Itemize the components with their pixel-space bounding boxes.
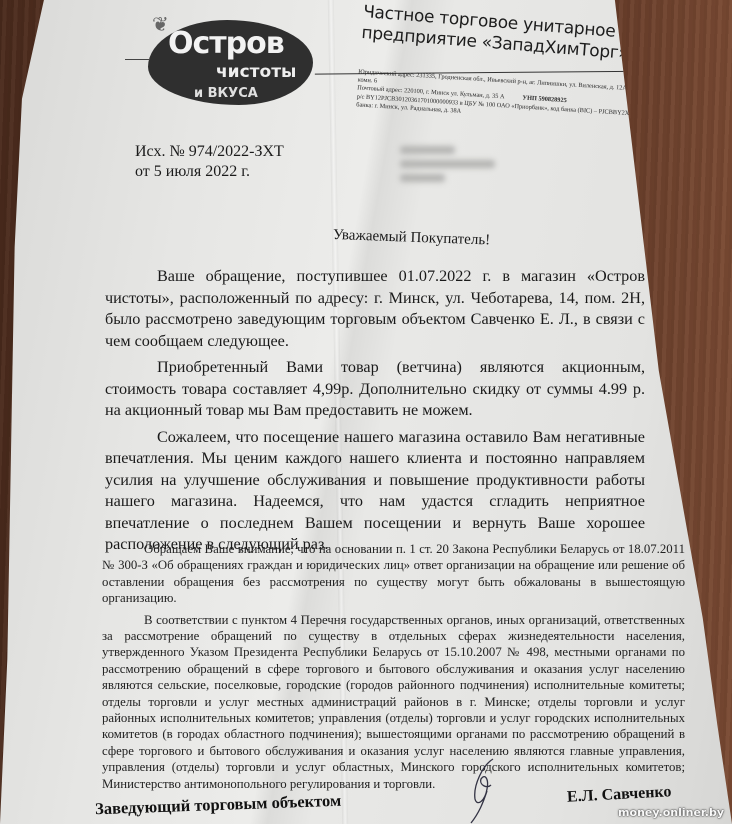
outgoing-number: Исх. № 974/2022-ЗХТ (135, 142, 284, 162)
letter-body: Ваше обращение, поступившее 01.07.2022 г… (105, 266, 645, 561)
letter-paper: ❦ Остров чистоты и ВКУСА Частное торгово… (0, 0, 732, 824)
letter-date: от 5 июля 2022 г. (135, 162, 284, 182)
logo-title: Остров (168, 26, 284, 61)
recipient-address-blurred (400, 140, 500, 190)
source-watermark: money.onliner.by (618, 806, 724, 819)
logo-subtitle-2: и ВКУСА (194, 86, 258, 101)
store-logo: ❦ Остров чистоты и ВКУСА (148, 12, 318, 100)
paragraph-2: Приобретенный Вами товар (ветчина) являю… (105, 357, 645, 422)
legal-notice: Обращаем Ваше внимание, что на основании… (102, 541, 685, 797)
logo-subtitle-1: чистоты (216, 62, 296, 82)
company-details: Юридический адрес: 231335, Гродненская о… (356, 68, 658, 127)
greeting: Уважаемый Покупатель! (333, 227, 491, 249)
company-header: Частное торговое унитарное предприятие «… (361, 2, 653, 67)
header-rule-left (125, 59, 150, 60)
outgoing-reference: Исх. № 974/2022-ЗХТ от 5 июля 2022 г. (135, 142, 284, 182)
handwritten-signature-icon (465, 755, 500, 824)
paragraph-3: Сожалеем, что посещение нашего магазина … (105, 427, 645, 556)
legal-paragraph-2: В соответствии с пунктом 4 Перечня госуд… (102, 612, 685, 792)
splash-icon: ❦ (152, 12, 169, 37)
legal-paragraph-1: Обращаем Ваше внимание, что на основании… (102, 541, 685, 607)
paragraph-1: Ваше обращение, поступившее 01.07.2022 г… (105, 266, 645, 352)
